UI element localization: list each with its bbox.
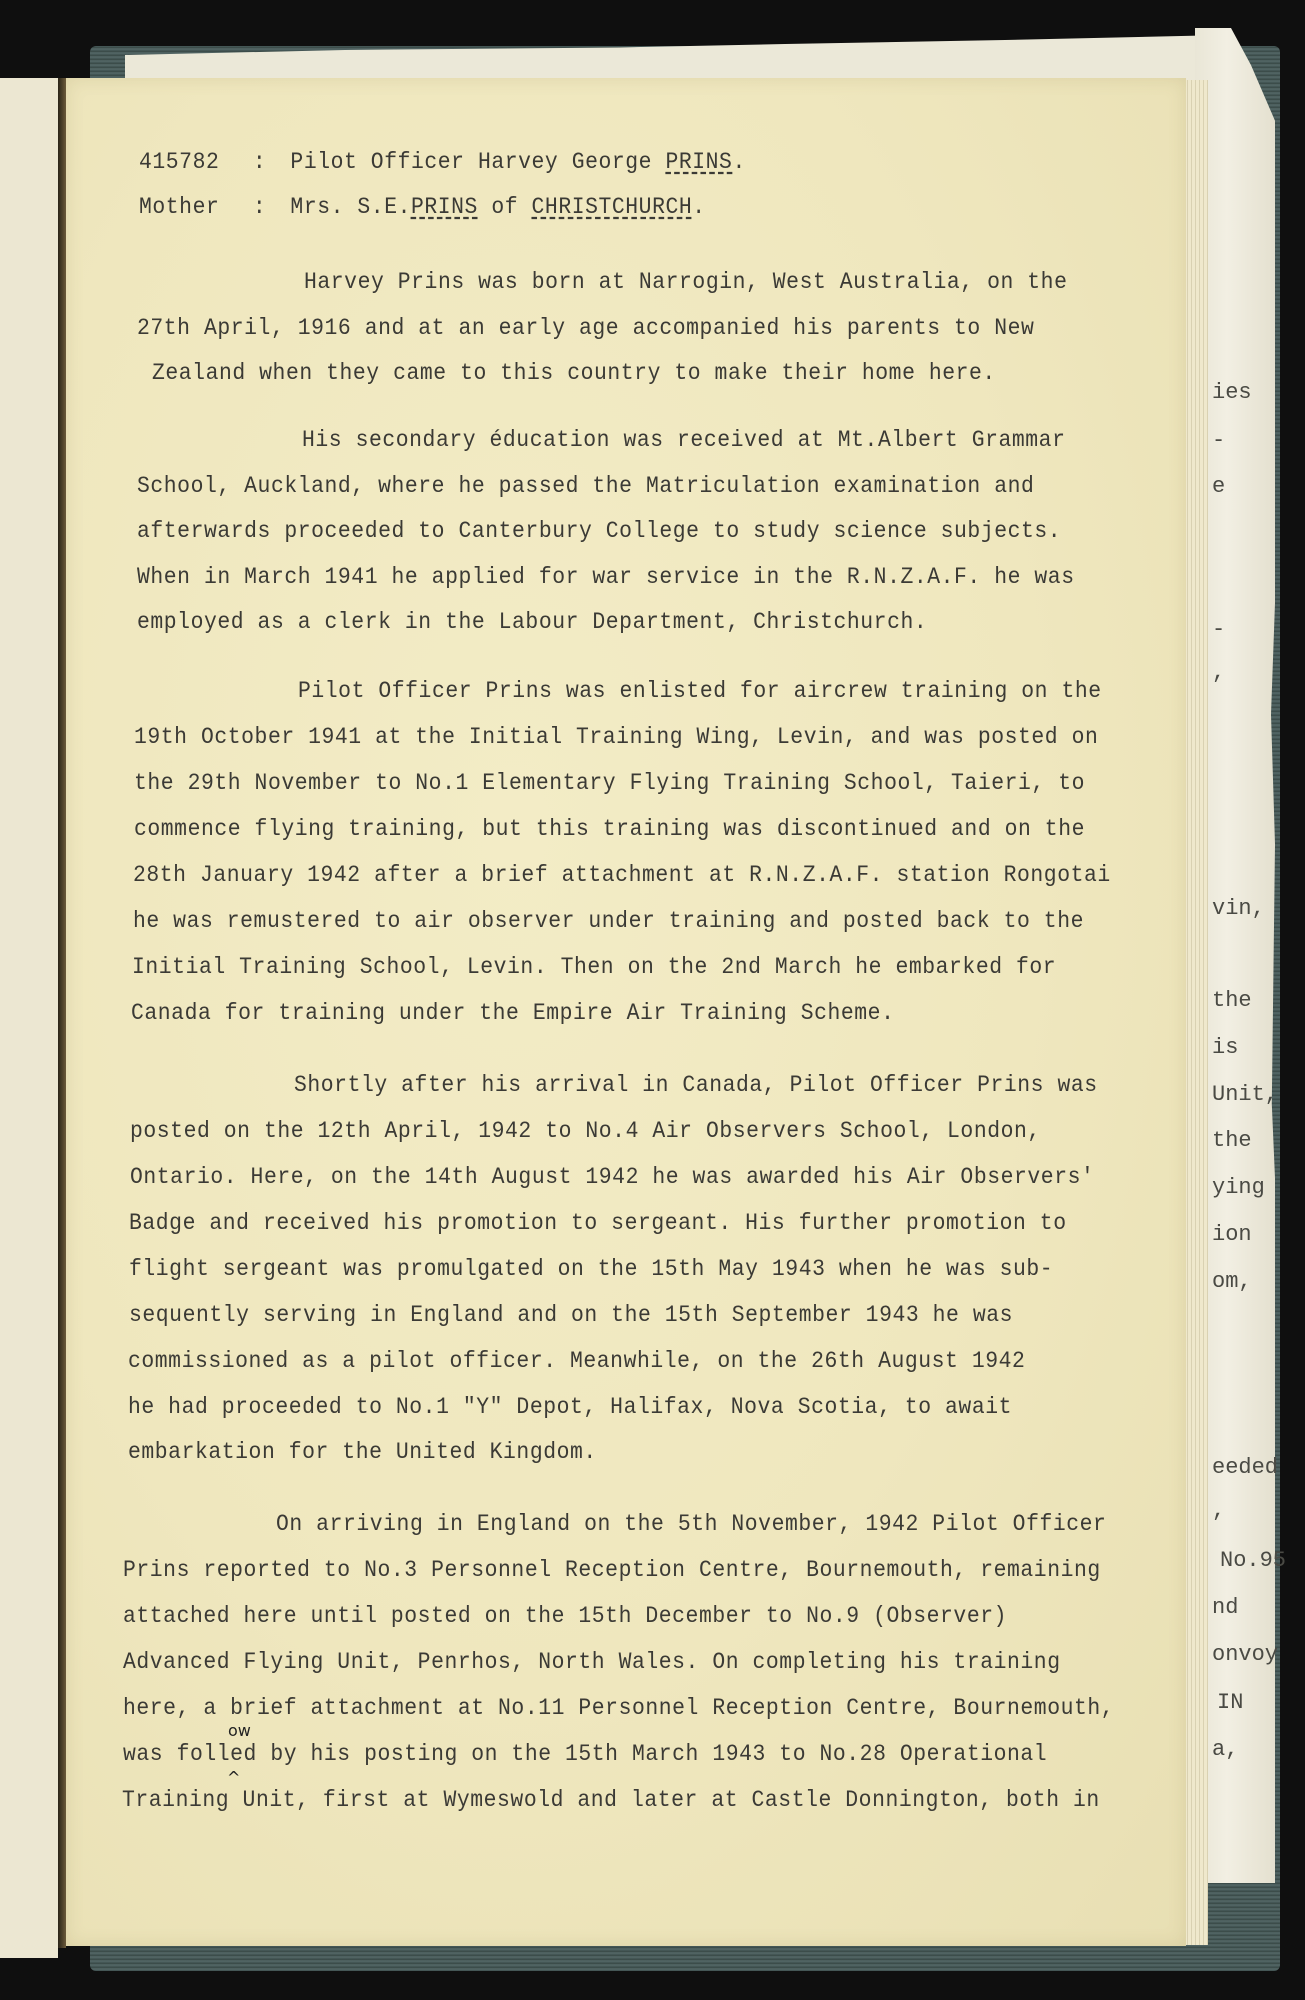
margin-fragment: ion <box>1212 1222 1252 1247</box>
text-line: was folled by his posting on the 15th Ma… <box>123 1741 1047 1767</box>
text-line: attached here until posted on the 15th D… <box>123 1603 1007 1629</box>
text-line: he had proceeded to No.1 "Y" Depot, Hali… <box>128 1394 1012 1420</box>
margin-fragment: the <box>1212 1128 1252 1153</box>
text-line: Zealand when they came to this country t… <box>152 360 996 386</box>
margin-fragment: - <box>1212 428 1225 453</box>
insertion-caret-mark: ^ <box>227 1768 240 1787</box>
text-line: Ontario. Here, on the 14th August 1942 h… <box>130 1164 1094 1190</box>
text-line: flight sergeant was promulgated on the 1… <box>129 1256 1053 1282</box>
margin-fragment: ying <box>1212 1175 1265 1200</box>
text-line: 27th April, 1916 and at an early age acc… <box>137 315 1034 341</box>
text-line: posted on the 12th April, 1942 to No.4 A… <box>130 1118 1041 1144</box>
text-line: His secondary éducation was received at … <box>302 427 1065 453</box>
text-line: here, a brief attachment at No.11 Person… <box>123 1695 1114 1721</box>
text-line: On arriving in England on the 5th Novemb… <box>276 1511 1106 1537</box>
separator: : <box>253 149 266 175</box>
margin-fragment: No.95 <box>1220 1548 1286 1573</box>
handwritten-insertion: ow <box>228 1721 251 1740</box>
margin-fragment: e <box>1212 474 1225 499</box>
margin-fragment: - <box>1212 617 1225 642</box>
text-line: he was remustered to air observer under … <box>133 908 1084 934</box>
margin-fragment: IN <box>1217 1690 1243 1715</box>
binding-gutter <box>58 78 66 1948</box>
text-line: Initial Training School, Levin. Then on … <box>132 954 1056 980</box>
text-line: 19th October 1941 at the Initial Trainin… <box>134 724 1098 750</box>
text-line: employed as a clerk in the Labour Depart… <box>137 609 927 635</box>
text-line: commence flying training, but this train… <box>134 816 1085 842</box>
text-line: embarkation for the United Kingdom. <box>128 1439 597 1465</box>
mother-name: Mrs. S.E. <box>290 194 411 220</box>
text-line: When in March 1941 he applied for war se… <box>137 564 1075 590</box>
margin-fragment: om, <box>1212 1269 1252 1294</box>
text-line: Badge and received his promotion to serg… <box>129 1210 1067 1236</box>
text-line: Shortly after his arrival in Canada, Pil… <box>294 1072 1098 1098</box>
margin-fragment: Unit, <box>1212 1082 1278 1107</box>
margin-fragment: nd <box>1212 1595 1238 1620</box>
text-line: sequently serving in England and on the … <box>129 1302 1013 1328</box>
mother-city: CHRISTCHURCH <box>532 194 693 220</box>
text-line: Training Unit, first at Wymeswold and la… <box>122 1787 1100 1813</box>
left-page-edge <box>0 78 58 1958</box>
text-line: commissioned as a pilot officer. Meanwhi… <box>128 1348 1025 1374</box>
margin-fragment: , <box>1212 660 1225 685</box>
text-line: the 29th November to No.1 Elementary Fly… <box>134 770 1085 796</box>
mother-surname: PRINS <box>411 194 478 220</box>
text-line: Harvey Prins was born at Narrogin, West … <box>304 269 1067 295</box>
mother-line: Mother:Mrs. S.E.PRINS of CHRISTCHURCH. <box>139 194 706 220</box>
text-line: Advanced Flying Unit, Penrhos, North Wal… <box>123 1649 1061 1675</box>
officer-surname: PRINS <box>665 149 732 175</box>
mother-label: Mother <box>139 194 219 220</box>
text-line: School, Auckland, where he passed the Ma… <box>137 473 1034 499</box>
officer-name: Pilot Officer Harvey George <box>290 149 665 175</box>
margin-fragment: , <box>1212 1498 1225 1523</box>
margin-fragment: a, <box>1212 1737 1238 1762</box>
margin-fragment: eeded <box>1212 1455 1278 1480</box>
text-line: Canada for training under the Empire Air… <box>131 1000 894 1026</box>
document-page: 415782:Pilot Officer Harvey George PRINS… <box>66 78 1186 1946</box>
margin-fragment: onvoy <box>1212 1642 1278 1667</box>
text-line: afterwards proceeded to Canterbury Colle… <box>137 518 1061 544</box>
margin-fragment: ies <box>1212 380 1252 405</box>
service-number-line: 415782:Pilot Officer Harvey George PRINS… <box>139 149 746 175</box>
text-line: Pilot Officer Prins was enlisted for air… <box>298 678 1102 704</box>
text-line: Prins reported to No.3 Personnel Recepti… <box>123 1557 1101 1583</box>
text-line: 28th January 1942 after a brief attachme… <box>133 862 1111 888</box>
margin-fragment: the <box>1212 988 1252 1013</box>
margin-fragment: vin, <box>1212 896 1265 921</box>
service-number: 415782 <box>139 149 219 175</box>
margin-fragment: is <box>1212 1035 1238 1060</box>
